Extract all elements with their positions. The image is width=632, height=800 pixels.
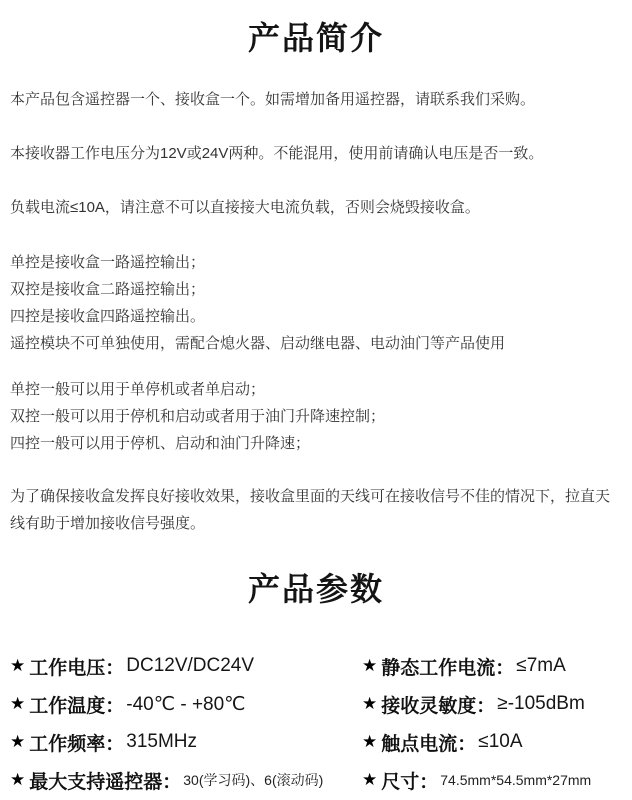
spec-label: 静态工作电流： bbox=[381, 653, 514, 680]
product-description-page: 产品简介 本产品包含遥控器一个、接收盒一个。如需增加备用遥控器，请联系我们采购。… bbox=[0, 0, 632, 800]
spec-label: 工作电压： bbox=[29, 653, 124, 680]
spec-label: 触点电流： bbox=[381, 729, 476, 756]
usage-description-group: 单控一般可以用于单停机或者单启动； 双控一般可以用于停机和启动或者用于油门升降速… bbox=[10, 376, 622, 457]
spec-item-static-current: ★ 静态工作电流： ≤7mA bbox=[362, 652, 622, 680]
intro-paragraph: 本产品包含遥控器一个、接收盒一个。如需增加备用遥控器，请联系我们采购。 bbox=[10, 89, 622, 110]
output-line: 四控是接收盒四路遥控输出。 bbox=[10, 303, 622, 330]
spec-value: 30(学习码)、6(滚动码) bbox=[183, 770, 323, 790]
output-description-group: 单控是接收盒一路遥控输出； 双控是接收盒二路遥控输出； 四控是接收盒四路遥控输出… bbox=[10, 249, 622, 357]
spec-value: ≤7mA bbox=[516, 655, 566, 677]
output-line: 双控是接收盒二路遥控输出； bbox=[10, 276, 622, 303]
spec-item-working-temperature: ★ 工作温度： -40℃ - +80℃ bbox=[10, 690, 362, 718]
spec-item-dimensions: ★ 尺寸： 74.5mm*54.5mm*27mm bbox=[362, 766, 622, 794]
spec-value: ≤10A bbox=[478, 731, 522, 753]
spec-item-contact-current: ★ 触点电流： ≤10A bbox=[362, 728, 622, 756]
usage-line: 双控一般可以用于停机和启动或者用于油门升降速控制； bbox=[10, 403, 622, 430]
spec-value: 315MHz bbox=[126, 731, 197, 753]
antenna-note: 为了确保接收盒发挥良好接收效果，接收盒里面的天线可在接收信号不佳的情况下，拉直天… bbox=[10, 483, 622, 537]
intro-paragraph: 负载电流≤10A，请注意不可以直接接大电流负载，否则会烧毁接收盒。 bbox=[10, 197, 622, 218]
usage-line: 单控一般可以用于单停机或者单启动； bbox=[10, 376, 622, 403]
spec-grid: ★ 工作电压： DC12V/DC24V ★ 静态工作电流： ≤7mA ★ 工作温… bbox=[10, 652, 622, 794]
star-icon: ★ bbox=[10, 770, 25, 790]
intro-title: 产品简介 bbox=[10, 14, 622, 62]
spec-item-receiving-sensitivity: ★ 接收灵敏度： ≥-105dBm bbox=[362, 690, 622, 718]
spec-label: 工作温度： bbox=[29, 691, 124, 718]
spec-item-working-frequency: ★ 工作频率： 315MHz bbox=[10, 728, 362, 756]
star-icon: ★ bbox=[10, 656, 25, 676]
star-icon: ★ bbox=[362, 694, 377, 714]
star-icon: ★ bbox=[362, 656, 377, 676]
spec-item-working-voltage: ★ 工作电压： DC12V/DC24V bbox=[10, 652, 362, 680]
star-icon: ★ bbox=[10, 694, 25, 714]
star-icon: ★ bbox=[10, 732, 25, 752]
output-line: 遥控模块不可单独使用，需配合熄火器、启动继电器、电动油门等产品使用 bbox=[10, 330, 622, 357]
spec-label: 工作频率： bbox=[29, 729, 124, 756]
usage-line: 四控一般可以用于停机、启动和油门升降速； bbox=[10, 430, 622, 457]
star-icon: ★ bbox=[362, 732, 377, 752]
spec-label: 接收灵敏度： bbox=[381, 691, 495, 718]
spec-value: 74.5mm*54.5mm*27mm bbox=[440, 772, 591, 788]
spec-value: -40℃ - +80℃ bbox=[126, 693, 245, 716]
spec-value: DC12V/DC24V bbox=[126, 655, 254, 677]
output-line: 单控是接收盒一路遥控输出； bbox=[10, 249, 622, 276]
star-icon: ★ bbox=[362, 770, 377, 790]
intro-paragraph: 本接收器工作电压分为12V或24V两种。不能混用，使用前请确认电压是否一致。 bbox=[10, 143, 622, 164]
spec-item-max-remotes: ★ 最大支持遥控器： 30(学习码)、6(滚动码) bbox=[10, 766, 362, 794]
specs-title: 产品参数 bbox=[10, 565, 622, 613]
spec-value: ≥-105dBm bbox=[497, 693, 585, 715]
spec-label: 最大支持遥控器： bbox=[29, 767, 181, 794]
spec-label: 尺寸： bbox=[381, 767, 438, 794]
